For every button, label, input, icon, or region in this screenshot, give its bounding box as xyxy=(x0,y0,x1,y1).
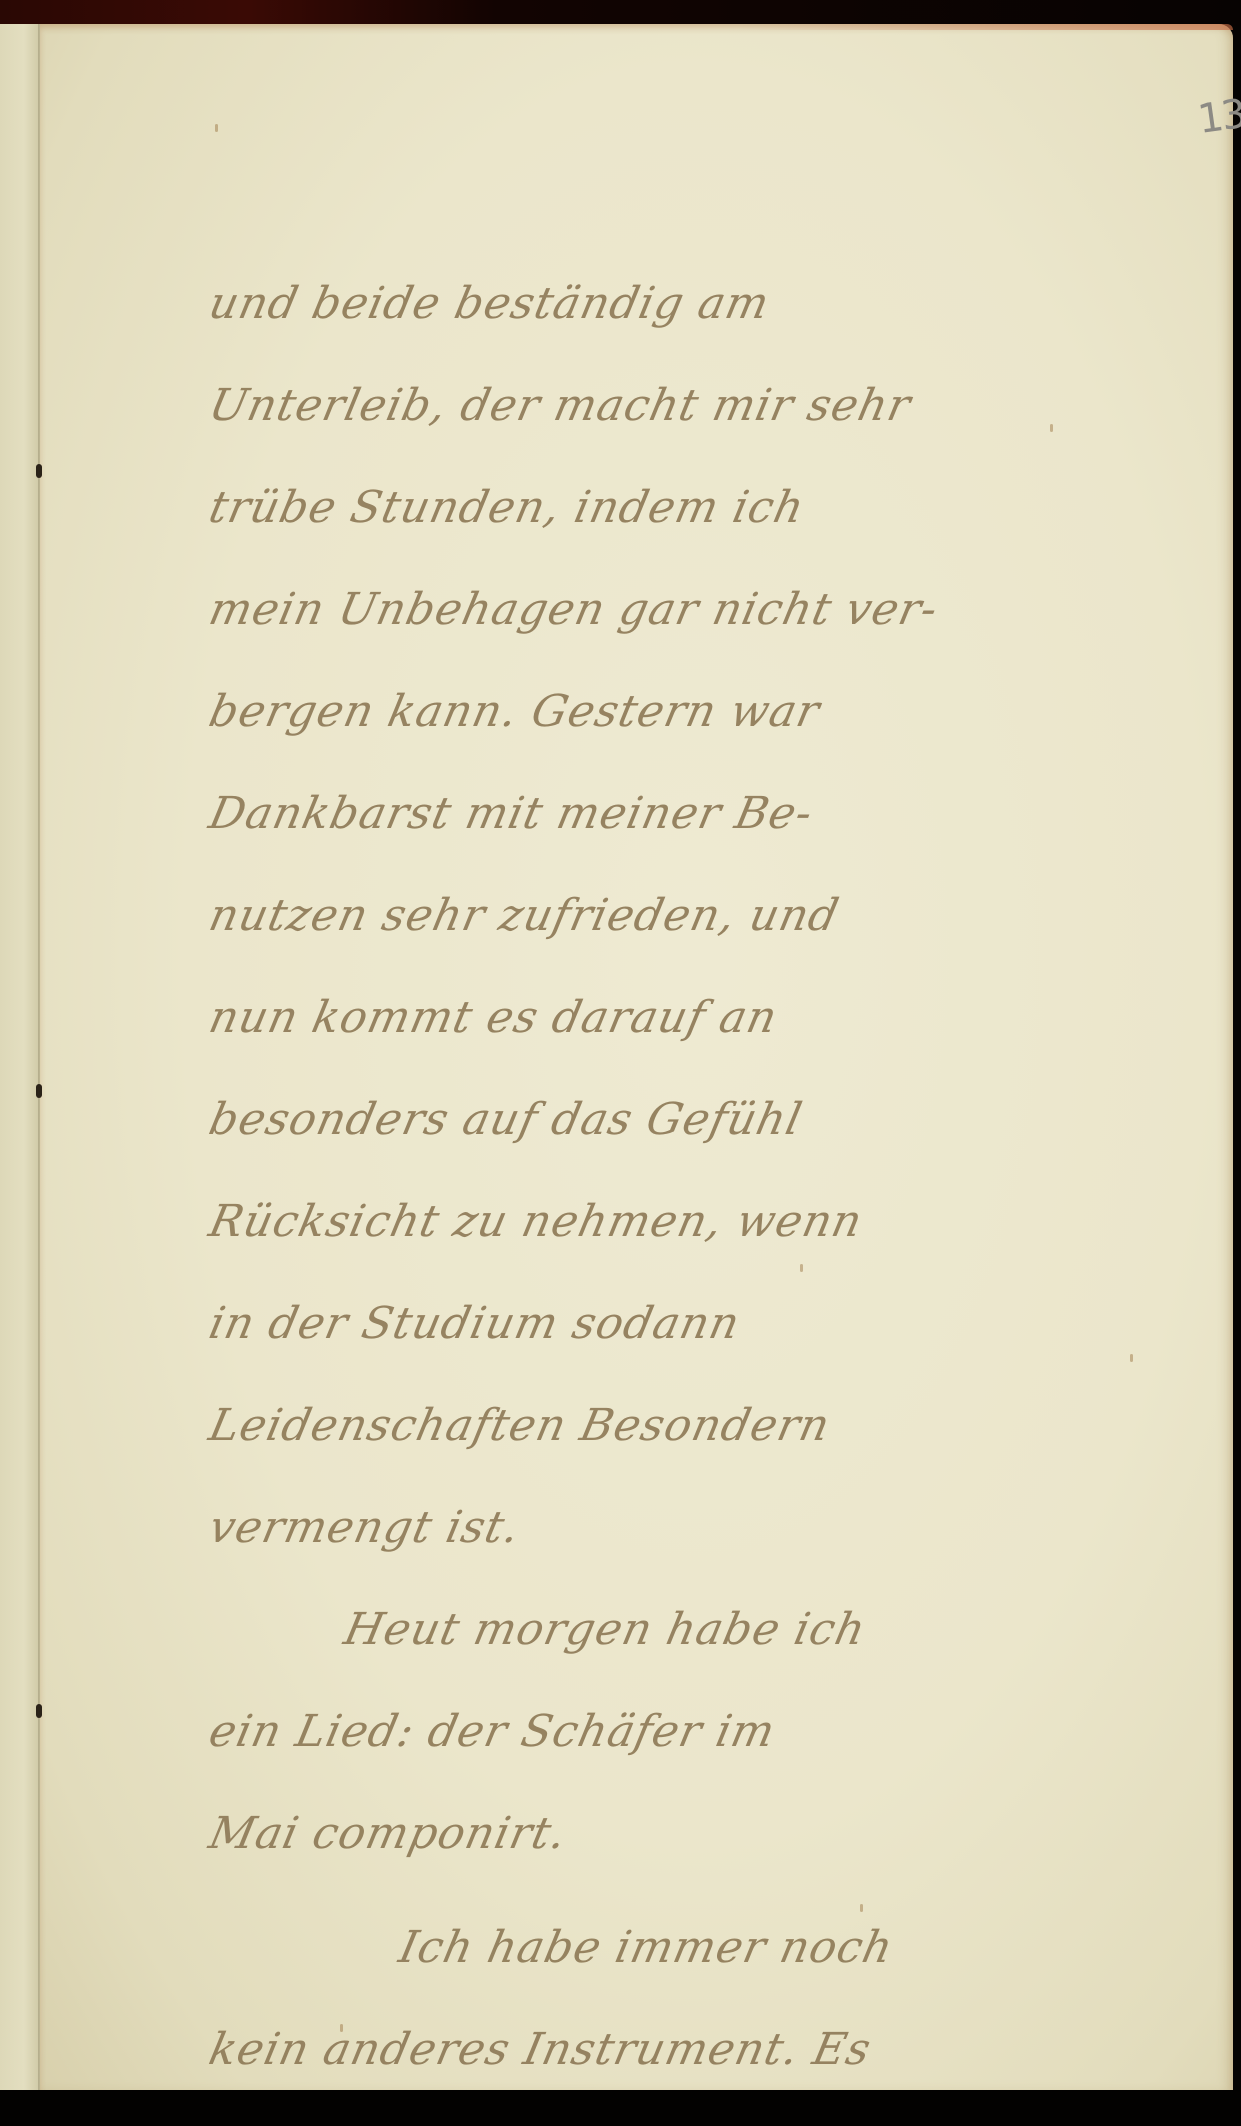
binding-hole xyxy=(36,464,42,478)
manuscript-line: in der Studium sodann xyxy=(201,1284,918,1364)
page-number: 13 xyxy=(1195,91,1241,143)
manuscript-line: nutzen sehr zufrieden, und xyxy=(201,876,918,956)
manuscript-line: mein Unbehagen gar nicht ver- xyxy=(201,570,918,650)
binding-hole xyxy=(36,1084,42,1098)
manuscript-line: Leidenschaften Besondern xyxy=(201,1386,918,1466)
manuscript-line: kein anderes Instrument. Es xyxy=(201,2010,918,2090)
left-page-edge xyxy=(0,24,40,2093)
handwritten-text: und beide beständig am Unterleib, der ma… xyxy=(210,264,910,2090)
manuscript-line-indented: Ich habe immer noch xyxy=(201,1908,918,1988)
paper-speck xyxy=(1130,1354,1133,1362)
manuscript-line: Rücksicht zu nehmen, wenn xyxy=(201,1182,918,1262)
manuscript-line-indented: Heut morgen habe ich xyxy=(201,1590,918,1670)
book-top-edge xyxy=(0,0,1241,26)
paper-speck xyxy=(215,124,218,132)
manuscript-line: Dankbarst mit meiner Be- xyxy=(201,774,918,854)
manuscript-line: ein Lied: der Schäfer im xyxy=(201,1692,918,1772)
manuscript-line: nun kommt es darauf an xyxy=(201,978,918,1058)
manuscript-line: vermengt ist. xyxy=(201,1488,918,1568)
manuscript-line: trübe Stunden, indem ich xyxy=(201,468,918,548)
edge-stain xyxy=(740,24,1233,30)
manuscript-line: Unterleib, der macht mir sehr xyxy=(201,366,918,446)
manuscript-line: und beide beständig am xyxy=(201,264,918,344)
manuscript-page: 13 und beide beständig am Unterleib, der… xyxy=(40,24,1233,2093)
book-spread: 13 und beide beständig am Unterleib, der… xyxy=(0,24,1241,2093)
scan-bottom-edge xyxy=(0,2090,1241,2126)
manuscript-line: bergen kann. Gestern war xyxy=(201,672,918,752)
manuscript-line: Mai componirt. xyxy=(201,1794,918,1874)
paper-speck xyxy=(1050,424,1053,432)
manuscript-line: besonders auf das Gefühl xyxy=(201,1080,918,1160)
binding-hole xyxy=(36,1704,42,1718)
